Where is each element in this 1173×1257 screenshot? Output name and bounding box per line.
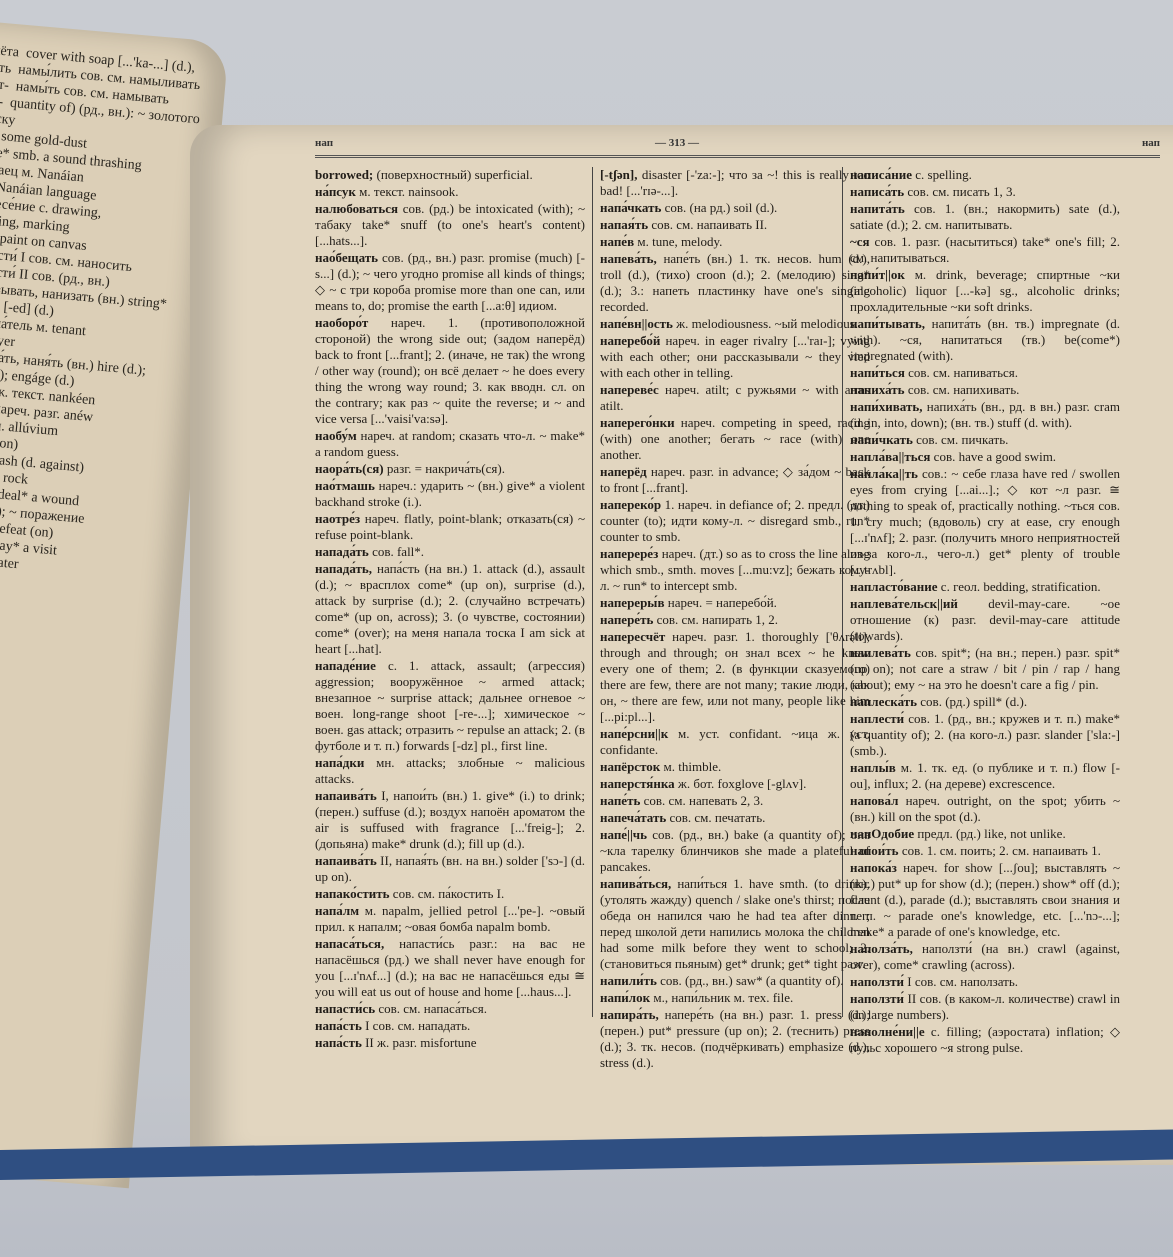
dictionary-entry: напи́т||ок м. drink, beverage; спиртные … <box>850 267 1120 315</box>
dictionary-entry: напива́ться, напи́ться 1. have smth. (to… <box>600 876 870 972</box>
dictionary-entry: наперего́нки нареч. competing in speed, … <box>600 415 870 463</box>
dictionary-entry: напОдобие предл. (рд.) like, not unlike. <box>850 826 1120 842</box>
left-page-text: скёта cover with soap [...'ka-...] (d.),… <box>0 42 207 586</box>
dictionary-entry: напасти́сь сов. см. напаса́ться. <box>315 1001 585 1017</box>
dictionary-entry: напиха́ть сов. см. напихивать. <box>850 382 1120 398</box>
page-header: нап — 313 — нап <box>315 135 1160 158</box>
dictionary-entry: наплести́ сов. 1. (рд., вн.; кружев и т.… <box>850 711 1120 759</box>
dictionary-entry: наперебо́й нареч. in eager rivalry [...'… <box>600 333 870 381</box>
dictionary-entry: напада́ть сов. fall*. <box>315 544 585 560</box>
dictionary-entry: напереко́р 1. нареч. in defiance of; 2. … <box>600 497 870 545</box>
dictionary-entry: наоборо́т нареч. 1. (противоположной сто… <box>315 315 585 427</box>
dictionary-entry: напереве́с нареч. atilt; с ружьями ~ wit… <box>600 382 870 414</box>
dictionary-entry: наползти́ I сов. см. наползать. <box>850 974 1120 990</box>
dictionary-entry: напеча́тать сов. см. печатать. <box>600 810 870 826</box>
dictionary-entry: напла́ва||ться сов. have a good swim. <box>850 449 1120 465</box>
dictionary-entry: напи́чкать сов. см. пичкать. <box>850 432 1120 448</box>
column-3: написа́ние с. spelling.написа́ть сов. см… <box>850 167 1120 1057</box>
dictionary-entry: наплеска́ть сов. (рд.) spill* (d.). <box>850 694 1120 710</box>
guide-word-right: нап <box>1142 137 1160 149</box>
dictionary-entry: напада́ть, напа́сть (на вн.) 1. attack (… <box>315 561 585 657</box>
dictionary-entry: нао́бещать сов. (рд., вн.) разг. promise… <box>315 250 585 314</box>
dictionary-entry: [-tʃən], disaster [-'za:-]; что за ~! th… <box>600 167 870 199</box>
dictionary-entry: напереры́в нареч. = наперебо́й. <box>600 595 870 611</box>
dictionary-entry: наора́ть(ся) разг. = накрича́ть(ся). <box>315 461 585 477</box>
dictionary-entry: напа́дки мн. attacks; злобные ~ maliciou… <box>315 755 585 787</box>
dictionary-entry: напаива́ть II, напая́ть (вн. на вн.) sol… <box>315 853 585 885</box>
dictionary-entry: написа́ть сов. см. писать 1, 3. <box>850 184 1120 200</box>
dictionary-entry: на́псук м. текст. nainsook. <box>315 184 585 200</box>
dictionary-entry: напа́сть II ж. разг. misfortune <box>315 1035 585 1051</box>
dictionary-entry: напе́вн||ость ж. melodiousness. ~ый melo… <box>600 316 870 332</box>
dictionary-entry: наплева́ть сов. spit*; (на вн.; перен.) … <box>850 645 1120 693</box>
dictionary-entry: напи́ться сов. см. напиваться. <box>850 365 1120 381</box>
page-number: — 313 — <box>655 137 699 149</box>
dictionary-entry: напира́ть, напере́ть (на вн.) разг. 1. p… <box>600 1007 870 1071</box>
dictionary-entry: наотре́з нареч. flatly, point-blank; отк… <box>315 511 585 543</box>
dictionary-entry: напева́ть, напе́ть (вн.) 1. тк. несов. h… <box>600 251 870 315</box>
dictionary-entry: напита́ть сов. 1. (вн.; накормить) sate … <box>850 201 1120 233</box>
dictionary-entry: наполне́ни||е с. filling; (аэростата) in… <box>850 1024 1120 1056</box>
dictionary-entry: написа́ние с. spelling. <box>850 167 1120 183</box>
dictionary-entry: напёрсток м. thimble. <box>600 759 870 775</box>
dictionary-entry: наперёд нареч. разг. in advance; ◇ за́до… <box>600 464 870 496</box>
dictionary-entry: borrowed; (поверхностный) superficial. <box>315 167 585 183</box>
column-1: borrowed; (поверхностный) superficial.на… <box>315 167 585 1052</box>
dictionary-entry: напе́в м. tune, melody. <box>600 234 870 250</box>
dictionary-entry: напла́ка||ть сов.: ~ себе глаза have red… <box>850 466 1120 578</box>
dictionary-entry: напе́рсни||к м. уст. confidant. ~ица ж. … <box>600 726 870 758</box>
dictionary-entry: напа́сть I сов. см. нападать. <box>315 1018 585 1034</box>
dictionary-entry: напе́||чь сов. (рд., вн.) bake (a quanti… <box>600 827 870 875</box>
dictionary-entry: напере́ть сов. см. напирать 1, 2. <box>600 612 870 628</box>
dictionary-entry: напаива́ть I, напои́ть (вн.) 1. give* (i… <box>315 788 585 852</box>
dictionary-entry: напока́з нареч. for show [...ʃou]; выста… <box>850 860 1120 940</box>
dictionary-entry: напая́ть сов. см. напаивать II. <box>600 217 870 233</box>
dictionary-entry: нао́тмашь нареч.: ударить ~ (вн.) give* … <box>315 478 585 510</box>
right-page: нап — 313 — нап borrowed; (поверхностный… <box>190 125 1173 1165</box>
column-divider <box>592 167 593 1017</box>
dictionary-entry: наползти́ II сов. (в каком-л. количестве… <box>850 991 1120 1023</box>
guide-word-left: нап <box>315 137 333 149</box>
dictionary-entry: наперере́з нареч. (дт.) so as to cross t… <box>600 546 870 594</box>
dictionary-entry: наплы́в м. 1. тк. ед. (о публике и т. п.… <box>850 760 1120 792</box>
dictionary-entry: напако́стить сов. см. па́костить I. <box>315 886 585 902</box>
dictionary-entry: напаса́ться, напасти́сь разг.: на вас не… <box>315 936 585 1000</box>
dictionary-entry: напе́ть сов. см. напевать 2, 3. <box>600 793 870 809</box>
dictionary-entry: наобу́м нареч. at random; сказать что-л.… <box>315 428 585 460</box>
dictionary-entry: нападе́ние с. 1. attack, assault; (агрес… <box>315 658 585 754</box>
dictionary-entry: напи́хивать, напиха́ть (вн., рд. в вн.) … <box>850 399 1120 431</box>
dictionary-entry: напили́ть сов. (рд., вн.) saw* (a quanti… <box>600 973 870 989</box>
column-2: [-tʃən], disaster [-'za:-]; что за ~! th… <box>600 167 870 1072</box>
dictionary-entry: напи́тывать, напита́ть (вн. тв.) impregn… <box>850 316 1120 364</box>
dictionary-entry: наполза́ть, наползти́ (на вн.) crawl (ag… <box>850 941 1120 973</box>
dictionary-entry: напласто́вание с. геол. bedding, stratif… <box>850 579 1120 595</box>
dictionary-entry: ~ся сов. 1. разг. (насытиться) take* one… <box>850 234 1120 266</box>
dictionary-entry: напа́лм м. napalm, jellied petrol [...'p… <box>315 903 585 935</box>
dictionary-entry: налюбоваться сов. (рд.) be intoxicated (… <box>315 201 585 249</box>
dictionary-entry: напи́лок м., напи́льник м. тех. file. <box>600 990 870 1006</box>
dictionary-entry: напа́чкать сов. (на рд.) soil (d.). <box>600 200 870 216</box>
dictionary-entry: напова́л нареч. outright, on the spot; у… <box>850 793 1120 825</box>
dictionary-entry: наплева́тельск||ий devil-may-care. ~ое о… <box>850 596 1120 644</box>
dictionary-entry: напои́ть сов. 1. см. поить; 2. см. напаи… <box>850 843 1120 859</box>
dictionary-entry: напересчёт нареч. разг. 1. thoroughly ['… <box>600 629 870 725</box>
dictionary-entry: наперстя́нка ж. бот. foxglove [-glʌv]. <box>600 776 870 792</box>
